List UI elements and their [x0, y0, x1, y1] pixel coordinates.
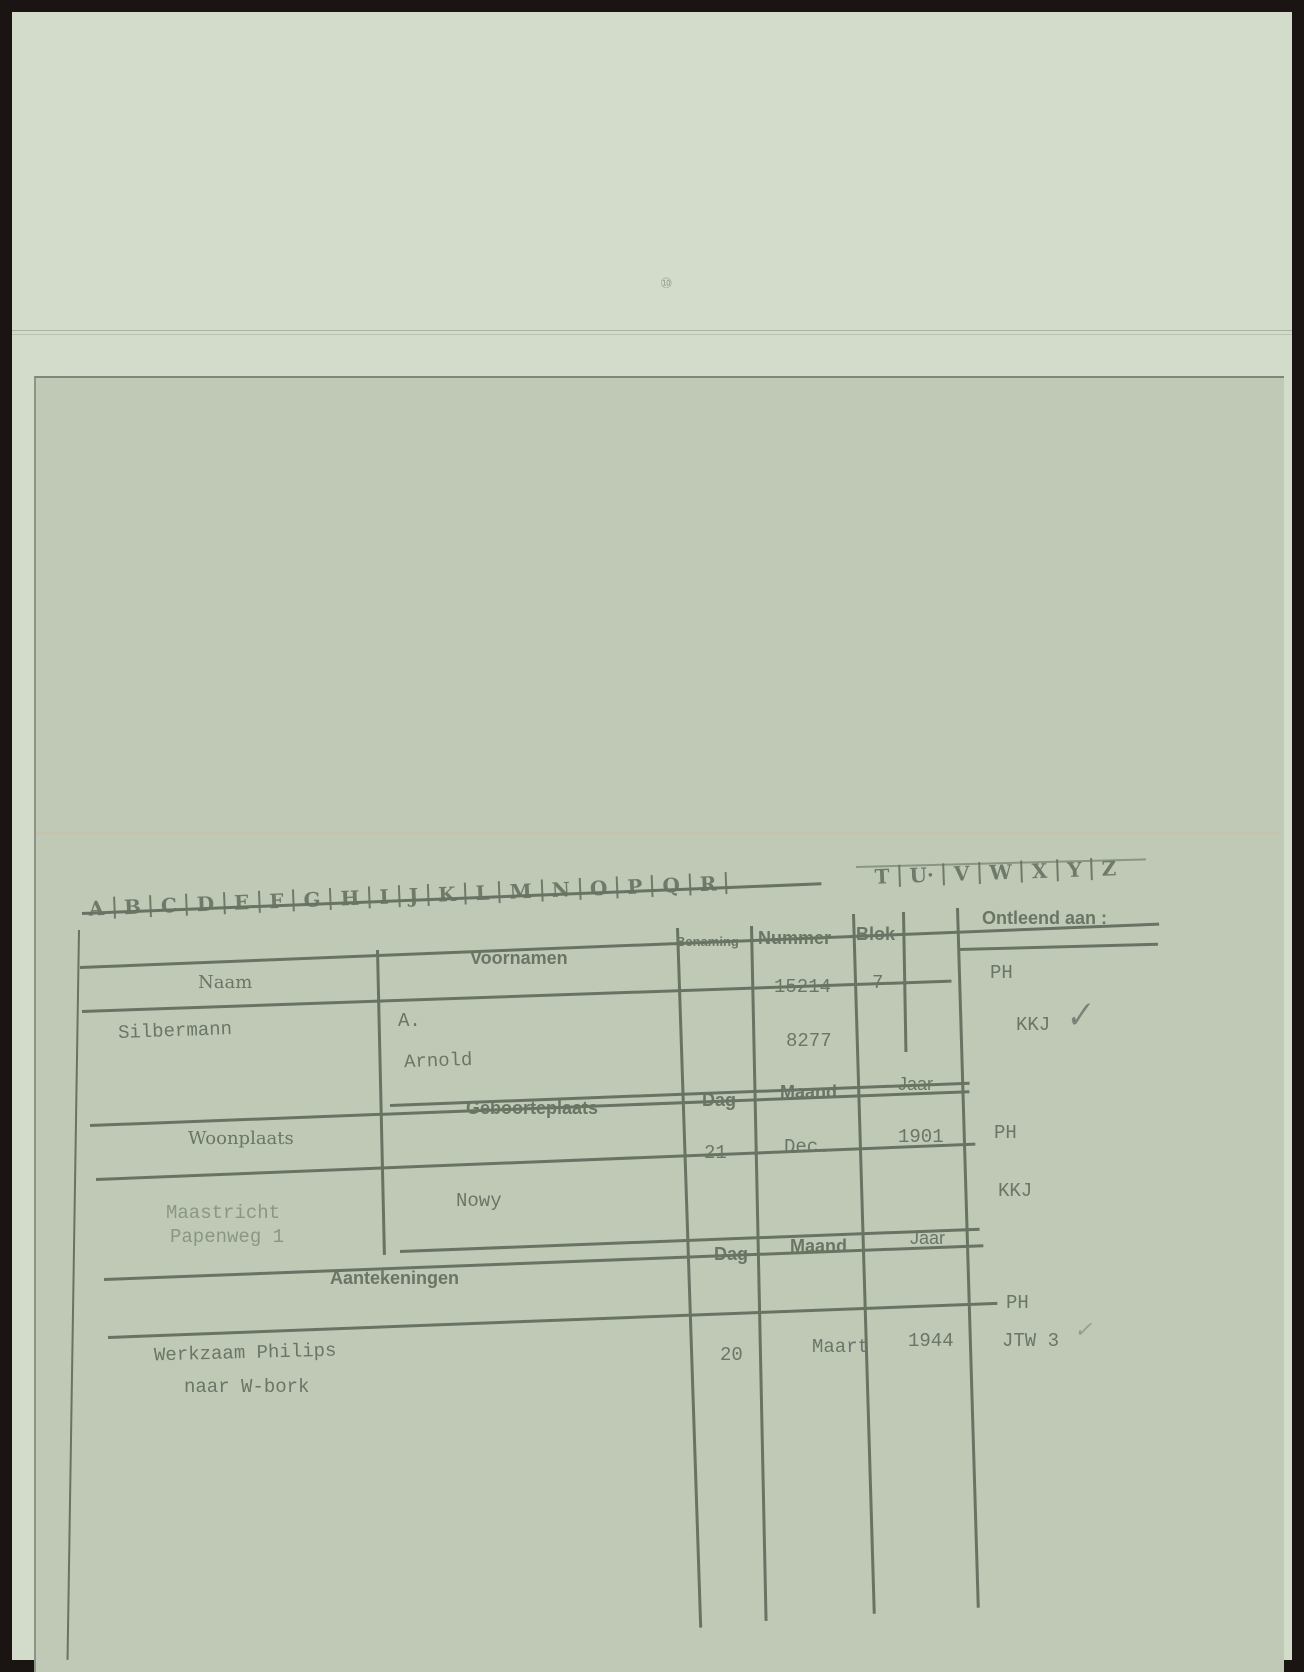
blok-value: 7	[872, 972, 883, 994]
handwritten-mark-2: ✓	[1074, 1318, 1092, 1343]
woonplaats-line1: Maastricht	[166, 1202, 280, 1224]
geboorte-maand-header: Maand	[780, 1082, 837, 1103]
naam-value: Silbermann	[118, 1018, 233, 1044]
geboorteplaats-value: Nowy	[456, 1190, 502, 1212]
nummer-2-value: 8277	[786, 1030, 832, 1052]
source-ph-1: PH	[990, 962, 1013, 984]
naam-header: Naam	[198, 972, 252, 993]
tab-r: R	[690, 872, 727, 895]
ontleend-aan-header: Ontleend aan :	[982, 908, 1107, 929]
tab-p: P	[618, 875, 654, 898]
aantekening-dag-value: 20	[720, 1344, 743, 1366]
voornamen-full: Arnold	[404, 1049, 473, 1073]
tab-q: Q	[653, 873, 691, 896]
tab-e: E	[225, 891, 261, 914]
aantekening-dag-header: Dag	[714, 1244, 748, 1265]
tab-l: L	[466, 881, 501, 904]
tab-c: C	[151, 894, 188, 917]
tab-g: G	[294, 888, 332, 911]
voornamen-header: Voornamen	[470, 948, 568, 969]
tab-n: N	[542, 878, 581, 902]
geboorteplaats-header: Geboorteplaats	[466, 1098, 598, 1119]
geboorte-maand-value: Dec.	[784, 1136, 830, 1158]
woonplaats-header: Woonplaats	[188, 1128, 294, 1149]
geboorte-jaar-value: 1901	[898, 1126, 944, 1148]
aantekening-jaar-header: Jaar	[910, 1228, 945, 1249]
source-kkj-1: KKJ	[1016, 1014, 1050, 1036]
aantekening-maand-header: Maand	[790, 1236, 847, 1257]
tab-a: A	[79, 897, 115, 920]
source-kkj-2: KKJ	[998, 1180, 1032, 1202]
tab-t: T	[865, 865, 901, 888]
tab-o: O	[581, 876, 619, 899]
tab-k: K	[429, 882, 467, 905]
tab-d: D	[187, 892, 225, 915]
source-jtw-3: JTW 3	[1002, 1330, 1059, 1352]
blok-header: Blok	[856, 924, 895, 945]
tab-u: U·	[900, 863, 945, 887]
woonplaats-line2: Papenweg 1	[170, 1226, 284, 1248]
geboorte-dag-value: 21	[704, 1142, 727, 1164]
benaming-header: Benaming	[676, 934, 739, 949]
nummer-1-value: 15214	[774, 976, 831, 998]
card-fold-line	[36, 832, 1280, 834]
sheet-page-mark: ⑩	[660, 276, 673, 292]
sheet-fold-line	[12, 330, 1292, 335]
aantekening-jaar-value: 1944	[908, 1330, 954, 1352]
tab-h: H	[331, 886, 371, 910]
aantekeningen-line2: naar W-bork	[184, 1376, 309, 1398]
source-ph-3: PH	[1006, 1292, 1029, 1314]
nummer-header: Nummer	[758, 928, 831, 949]
voornamen-initial: A.	[398, 1010, 421, 1032]
tab-j: J	[399, 884, 429, 907]
aantekening-maand-value: Maart	[812, 1336, 869, 1358]
source-ph-2: PH	[994, 1122, 1017, 1144]
geboorte-jaar-header: Jaar	[898, 1074, 933, 1095]
aantekeningen-header: Aantekeningen	[330, 1268, 459, 1289]
tab-i: I	[370, 885, 400, 908]
tab-b: B	[115, 895, 153, 918]
tab-m: M	[500, 879, 543, 903]
geboorte-dag-header: Dag	[702, 1090, 736, 1111]
tab-f: F	[260, 889, 295, 912]
